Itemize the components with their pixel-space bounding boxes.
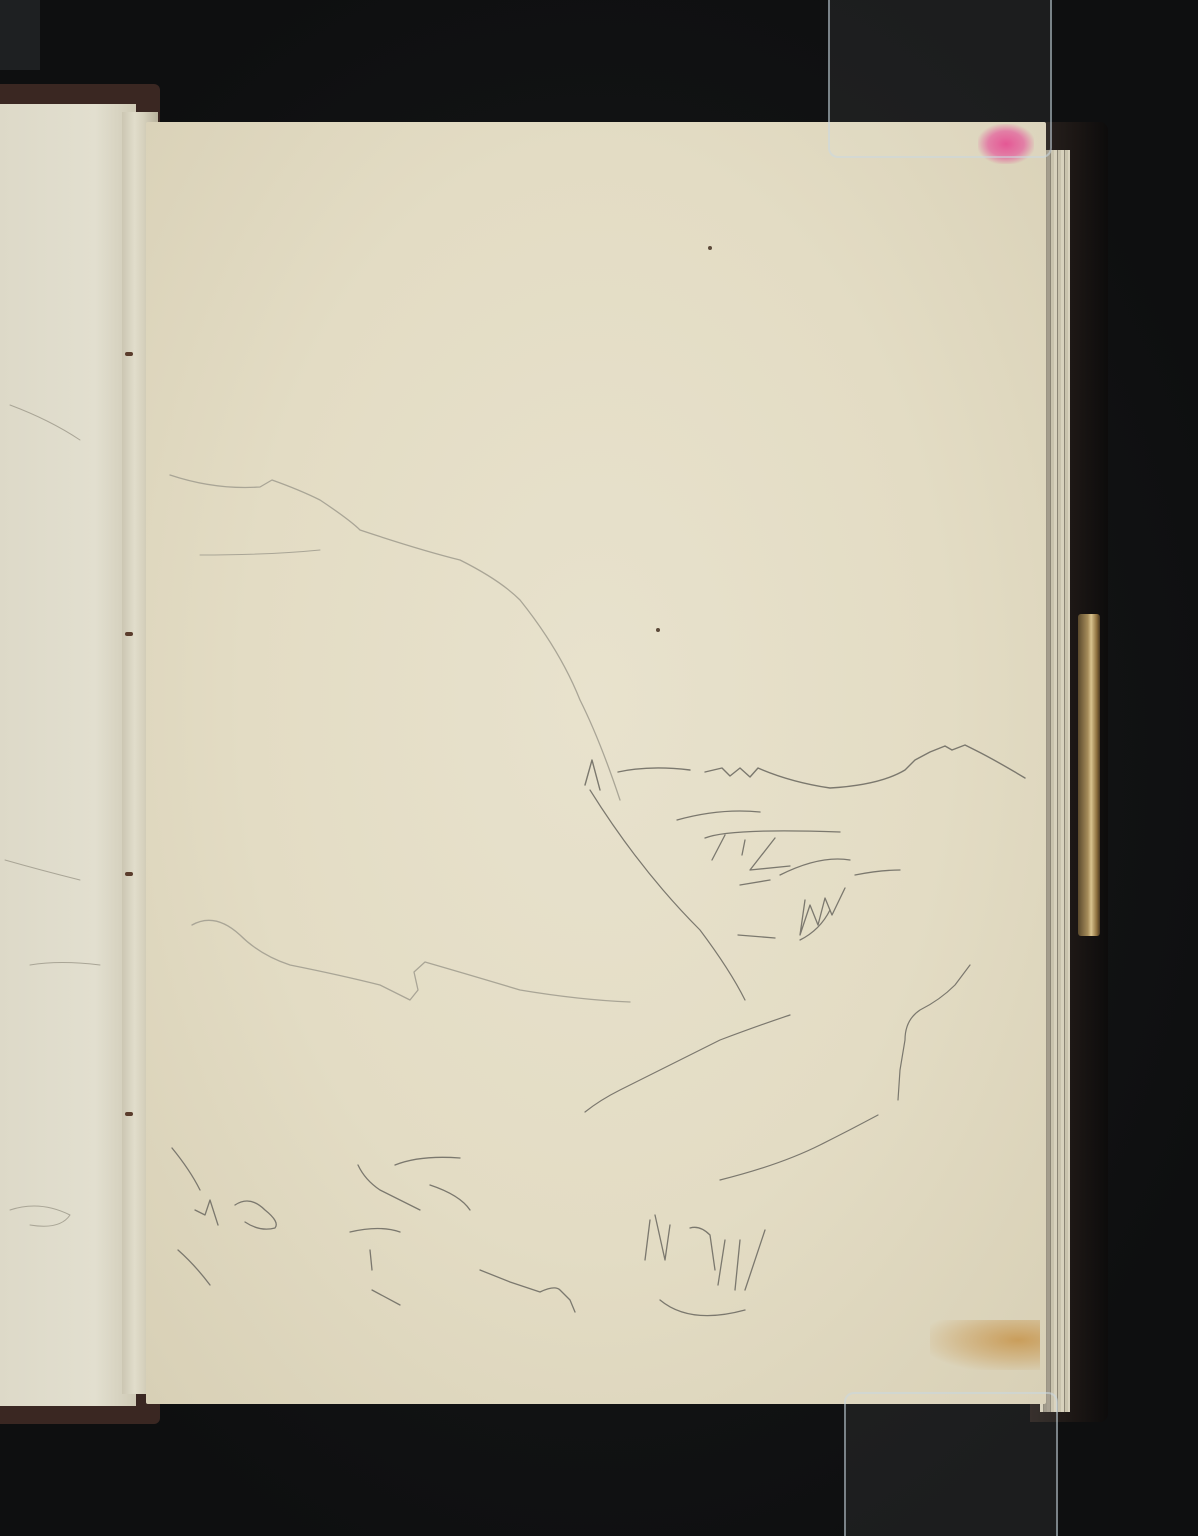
binding-stitch xyxy=(125,1112,133,1116)
background-shadow xyxy=(0,0,40,70)
paper-speck xyxy=(656,628,660,632)
binding-stitch xyxy=(125,352,133,356)
binding-stitch xyxy=(125,872,133,876)
brass-clasp xyxy=(1078,614,1100,936)
binding-stitch xyxy=(125,632,133,636)
bottom-acrylic-clip xyxy=(844,1392,1058,1536)
right-page xyxy=(146,122,1046,1404)
paper-speck xyxy=(708,246,712,250)
left-page xyxy=(0,104,136,1406)
water-stain xyxy=(930,1320,1040,1370)
top-acrylic-clip xyxy=(828,0,1052,158)
